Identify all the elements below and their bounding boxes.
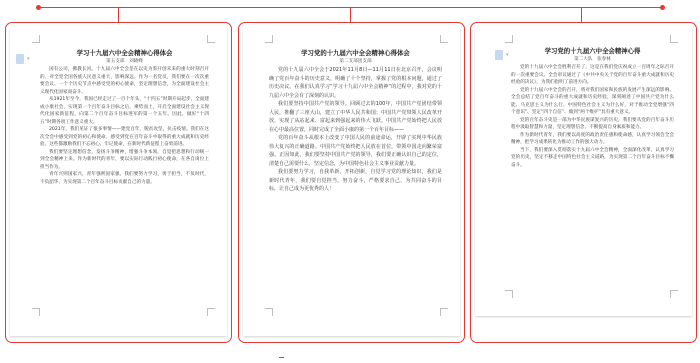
margin-corner	[32, 35, 40, 43]
selection-marker	[279, 357, 284, 358]
paragraph: 党的百年奋斗史是一部为中华民族谋复兴的历史，我们要从党的百年奋斗历程中汲取智慧和…	[511, 117, 674, 132]
margin-corner	[207, 35, 215, 43]
margin-corner	[670, 290, 678, 298]
chevron-down-icon[interactable]: ▾	[27, 56, 30, 62]
connector-drop-1	[118, 7, 119, 22]
margin-corner	[505, 35, 513, 43]
paragraph: 青年兴则国家兴，青年强则国家强。我们要努力学习，勇于担当，不负时代，不负韶华，为…	[40, 171, 209, 186]
document-card-1[interactable]: ▾ 学习十九届六中全会精神心得体会 第五支部 刘晓峰 国有公司，佛教长河。十九届…	[5, 22, 232, 343]
document-card-2[interactable]: 学习党的十九届六中全会精神心得体会 第二支部团支部 党的十九届六中全会于2021…	[238, 22, 465, 343]
paragraph: 我们要坚定理想信念，发扬斗争精神，增强斗争本领，自觉把思想和行动统一到全会精神上…	[40, 149, 209, 172]
connector-endpoint-right	[660, 5, 665, 10]
document-title: 学习党的十九届六中全会精神心得体会	[269, 49, 442, 58]
document-title: 学习党的十九届六中全会精神心得	[511, 47, 674, 56]
margin-corner	[440, 308, 448, 316]
document-author: 第五支部 刘晓峰	[40, 58, 209, 65]
margin-corner	[207, 308, 215, 316]
paragraph: 国有公司，佛教长河。十九届六中全会是在以史为鉴开创未来的重大时刻召开的，对全党全…	[40, 66, 209, 96]
margin-corner	[505, 290, 513, 298]
document-page: 学习党的十九届六中全会精神心得体会 第二支部团支部 党的十九届六中全会于2021…	[243, 27, 460, 336]
margin-corner	[440, 35, 448, 43]
document-page: ▾ 学习十九届六中全会精神心得体会 第五支部 刘晓峰 国有公司，佛教长河。十九届…	[10, 27, 227, 336]
paragraph: 从1921年至今，我国已经走过了一百个年头，“十四五”时期开局起步，全面建成小康…	[40, 96, 209, 126]
connector-endpoint-left	[36, 5, 41, 10]
document-author: 第二支部团支部	[269, 58, 442, 65]
paragraph: 2021年，我们见证了很多事情——建党百年，脱贫攻坚，抗击疫情。我们在这次全会中…	[40, 126, 209, 149]
margin-corner	[265, 35, 273, 43]
paragraph: 作为新时代青年，我们要以高度的政治责任感和使命感，认真学习领会全会精神，把学习成…	[511, 132, 674, 147]
document-content: 学习十九届六中全会精神心得体会 第五支部 刘晓峰 国有公司，佛教长河。十九届六中…	[40, 49, 209, 186]
margin-corner	[265, 308, 273, 316]
paragraph: 我们要努力学习，自我革新，开拓创新，自觉学习党的理论知识，我们是新时代青年，我们…	[269, 168, 442, 194]
chevron-down-icon[interactable]: ▾	[506, 52, 509, 58]
paragraph: 党的十九届六中全会的召开，将对我们国家和民族的发展产生深远的影响。全会总结了党百…	[511, 87, 674, 117]
connector-drop-2	[350, 7, 351, 22]
document-content: 学习党的十九届六中全会精神心得 第二大队 张春林 党的十九届六中全会胜利召开了，…	[511, 47, 674, 169]
margin-corner	[670, 35, 678, 43]
document-card-3[interactable]: ▾ 学习党的十九届六中全会精神心得 第二大队 张春林 党的十九届六中全会胜利召开…	[470, 22, 697, 343]
paragraph: 党的十九届六中全会胜利召开了，这是在我们党庆祝成立一百周年之际召开的一次重要会议…	[511, 64, 674, 87]
paragraph: 党的百年奋斗从根本上改变了中国人民的前途命运，开辟了实现中华民族伟大复兴的正确道…	[269, 134, 442, 168]
document-title: 学习十九届六中全会精神心得体会	[40, 49, 209, 58]
document-icon[interactable]	[16, 54, 24, 64]
paragraph: 党的十九届六中全会于2021年11月8日—11月11日在北京召开，会议明确了党百…	[269, 66, 442, 100]
paragraph: 当下，我们要深入贯彻落实十九届六中全会精神，全面深化改革，认真学习党的历史，坚定…	[511, 147, 674, 170]
document-author: 第二大队 张春林	[511, 56, 674, 63]
paragraph: 我们要坚持中国共产党的领导。回顾过去的100年，中国共产党团结带领人民，推翻了三…	[269, 100, 442, 134]
document-content: 学习党的十九届六中全会精神心得体会 第二支部团支部 党的十九届六中全会于2021…	[269, 49, 442, 194]
document-page: ▾ 学习党的十九届六中全会精神心得 第二大队 张春林 党的十九届六中全会胜利召开…	[475, 27, 692, 316]
document-icon[interactable]	[495, 50, 503, 60]
connector-drop-3	[581, 7, 582, 22]
margin-corner	[32, 308, 40, 316]
